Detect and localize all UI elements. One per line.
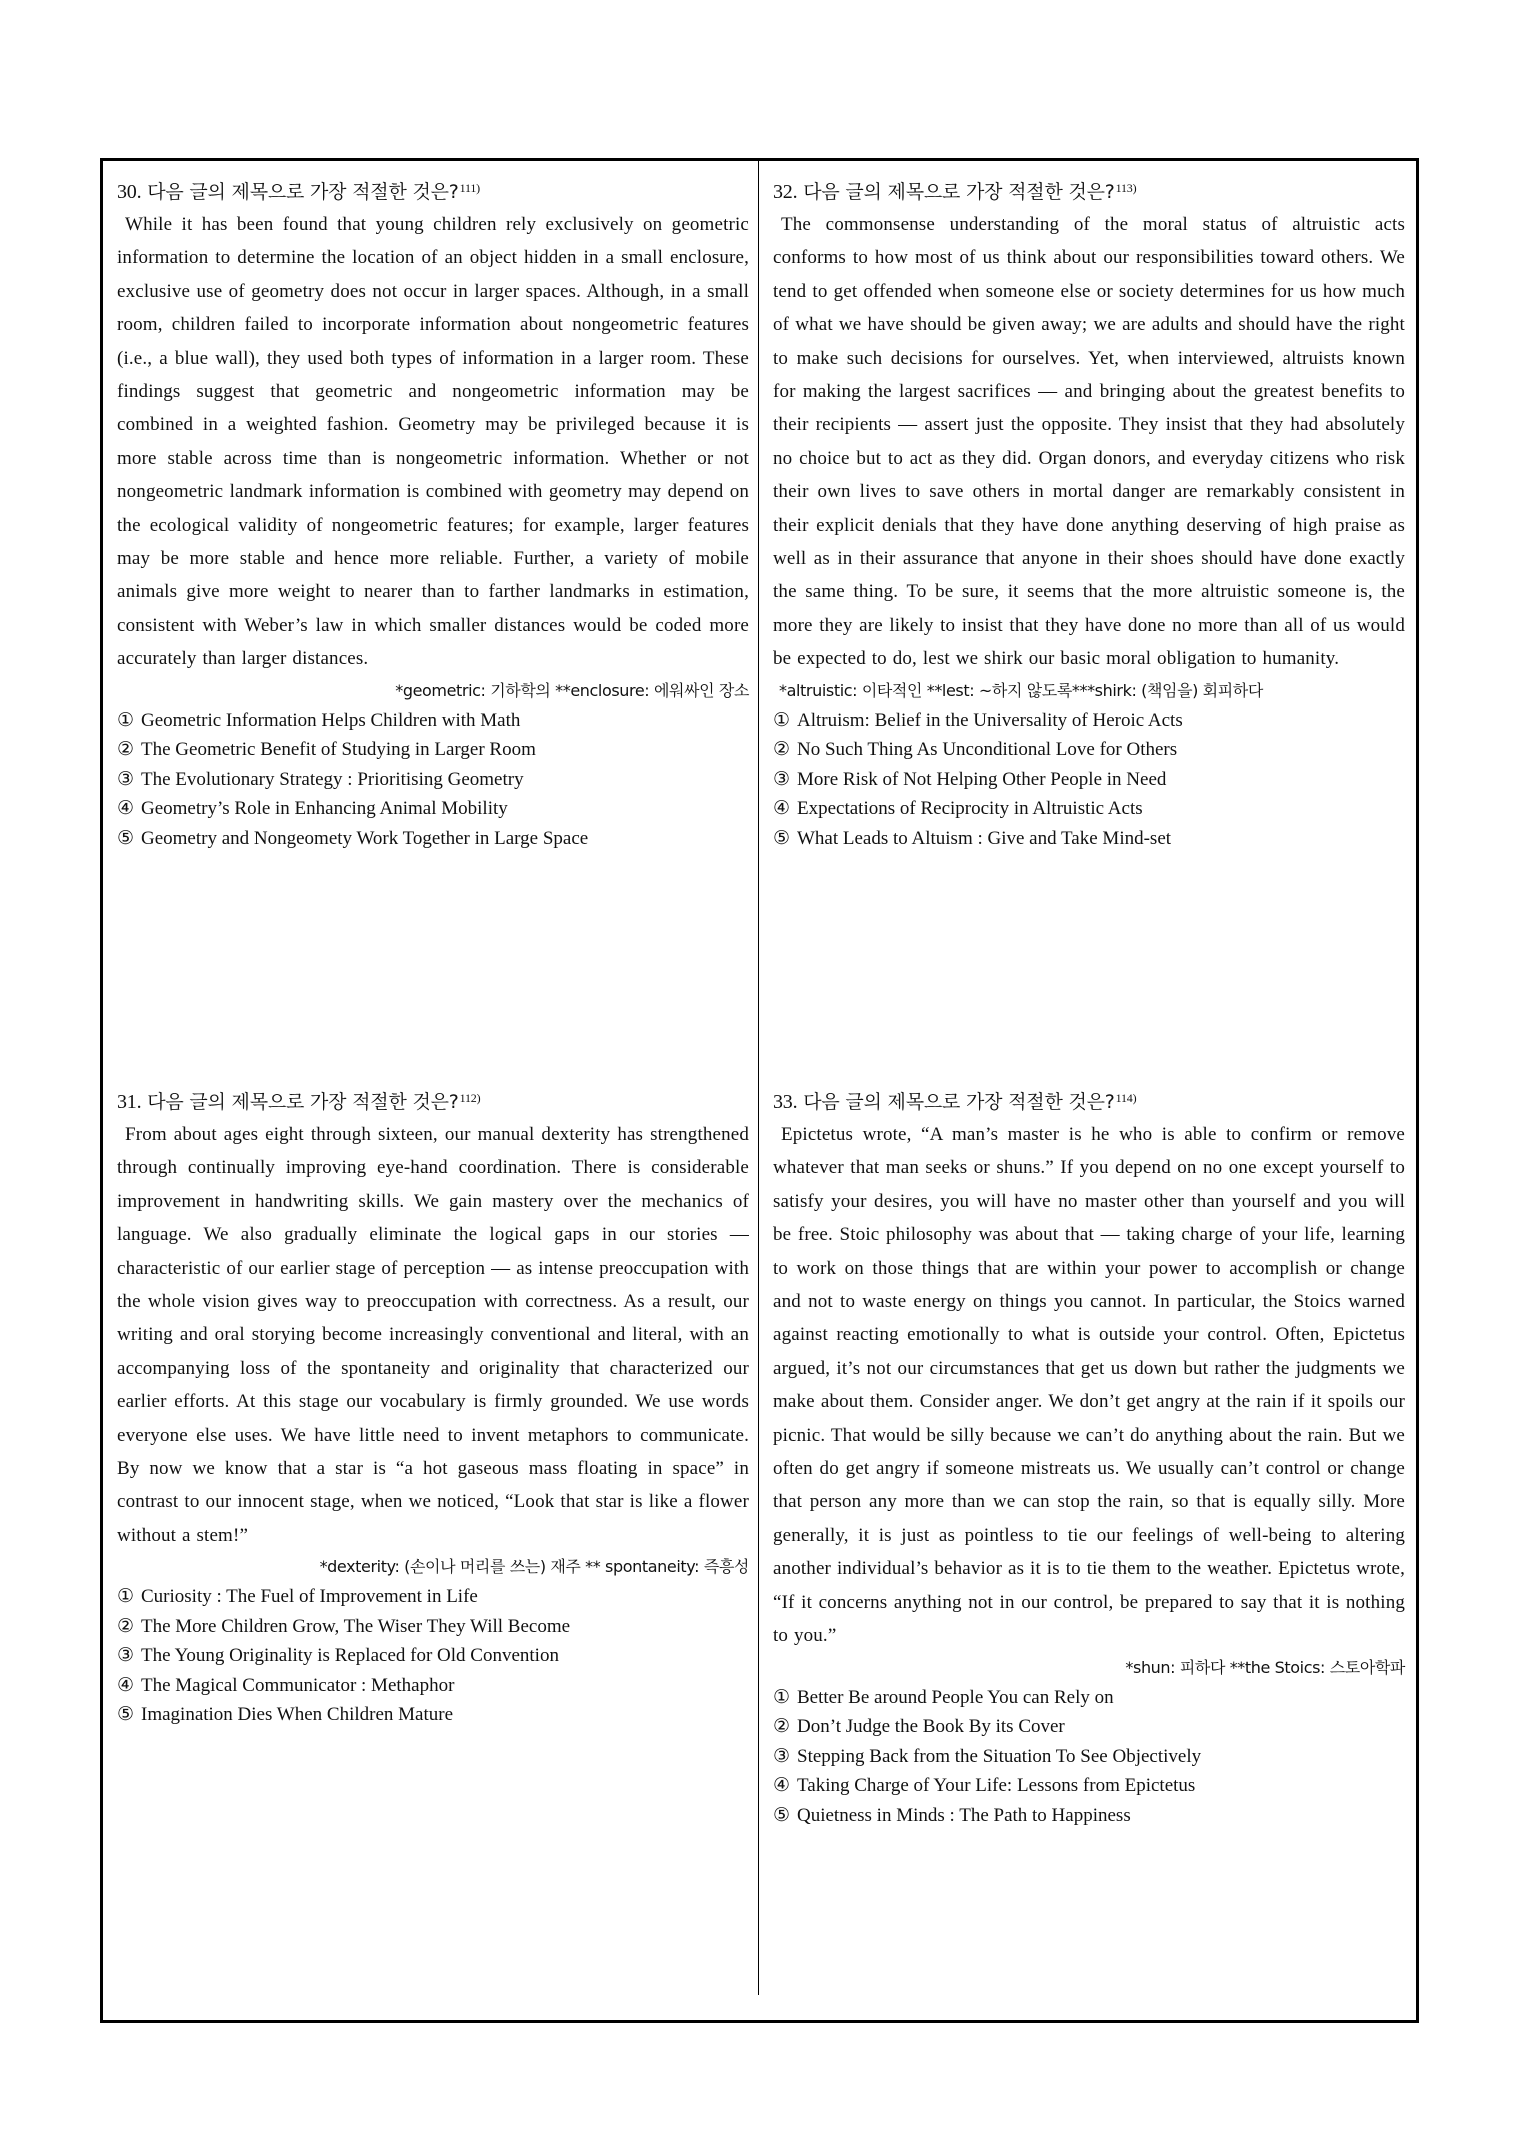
option-number: ④ [117,1671,141,1701]
option-text: What Leads to Altuism : Give and Take Mi… [797,828,1171,849]
answer-option-5[interactable]: ⑤Imagination Dies When Children Mature [117,1700,749,1730]
answer-option-4[interactable]: ④The Magical Communicator : Methaphor [117,1671,749,1701]
answer-option-2[interactable]: ②The More Children Grow, The Wiser They … [117,1612,749,1642]
question-heading: 30. 다음 글의 제목으로 가장 적절한 것은?111) [117,172,749,208]
option-number: ④ [773,794,797,824]
option-text: Curiosity : The Fuel of Improvement in L… [141,1586,478,1607]
footnote-ref: 112) [460,1091,481,1105]
question-30: 30. 다음 글의 제목으로 가장 적절한 것은?111) While it h… [117,172,749,853]
answer-option-5[interactable]: ⑤Geometry and Nongeomety Work Together i… [117,824,749,854]
option-text: Imagination Dies When Children Mature [141,1704,453,1725]
option-text: Geometry and Nongeomety Work Together in… [141,828,588,849]
question-33: 33. 다음 글의 제목으로 가장 적절한 것은?114) Epictetus … [773,1082,1405,1830]
question-heading: 33. 다음 글의 제목으로 가장 적절한 것은?114) [773,1082,1405,1118]
option-number: ① [773,1683,797,1713]
answer-option-3[interactable]: ③The Young Originality is Replaced for O… [117,1641,749,1671]
answer-options: ①Better Be around People You can Rely on… [773,1683,1405,1831]
answer-option-3[interactable]: ③More Risk of Not Helping Other People i… [773,765,1405,795]
option-number: ⑤ [117,824,141,854]
question-heading: 31. 다음 글의 제목으로 가장 적절한 것은?112) [117,1082,749,1118]
option-number: ⑤ [117,1700,141,1730]
answer-option-4[interactable]: ④Expectations of Reciprocity in Altruist… [773,794,1405,824]
question-prompt: 다음 글의 제목으로 가장 적절한 것은? [803,181,1114,203]
answer-option-1[interactable]: ①Curiosity : The Fuel of Improvement in … [117,1582,749,1612]
option-number: ⑤ [773,824,797,854]
footnote-ref: 111) [460,181,480,195]
option-number: ④ [117,794,141,824]
option-text: Better Be around People You can Rely on [797,1687,1114,1708]
question-number: 33. [773,1091,797,1113]
option-number: ③ [773,1742,797,1772]
option-text: No Such Thing As Unconditional Love for … [797,739,1177,760]
option-number: ① [117,1582,141,1612]
question-number: 32. [773,181,797,203]
option-text: The More Children Grow, The Wiser They W… [141,1616,570,1637]
option-text: Geometry’s Role in Enhancing Animal Mobi… [141,798,508,819]
passage-text: Epictetus wrote, “A man’s master is he w… [773,1118,1405,1653]
question-31: 31. 다음 글의 제목으로 가장 적절한 것은?112) From about… [117,1082,749,1730]
option-number: ① [117,706,141,736]
answer-option-5[interactable]: ⑤Quietness in Minds : The Path to Happin… [773,1801,1405,1831]
option-text: Expectations of Reciprocity in Altruisti… [797,798,1143,819]
option-text: Geometric Information Helps Children wit… [141,710,520,731]
answer-option-5[interactable]: ⑤What Leads to Altuism : Give and Take M… [773,824,1405,854]
option-text: More Risk of Not Helping Other People in… [797,769,1166,790]
option-number: ② [773,735,797,765]
option-number: ② [117,735,141,765]
answer-option-1[interactable]: ①Altruism: Belief in the Universality of… [773,706,1405,736]
vocabulary-notes: *geometric: 기하학의 **enclosure: 에워싸인 장소 [117,676,749,706]
option-number: ② [773,1712,797,1742]
option-text: The Young Originality is Replaced for Ol… [141,1645,559,1666]
passage-text: While it has been found that young child… [117,208,749,676]
option-number: ③ [117,765,141,795]
answer-options: ①Geometric Information Helps Children wi… [117,706,749,854]
option-text: Stepping Back from the Situation To See … [797,1746,1201,1767]
footnote-ref: 114) [1116,1091,1137,1105]
passage-text: The commonsense understanding of the mor… [773,208,1405,676]
answer-option-2[interactable]: ②The Geometric Benefit of Studying in La… [117,735,749,765]
question-heading: 32. 다음 글의 제목으로 가장 적절한 것은?113) [773,172,1405,208]
answer-option-1[interactable]: ①Better Be around People You can Rely on [773,1683,1405,1713]
answer-options: ①Curiosity : The Fuel of Improvement in … [117,1582,749,1730]
question-number: 31. [117,1091,141,1113]
option-text: Altruism: Belief in the Universality of … [797,710,1183,731]
option-number: ② [117,1612,141,1642]
column-divider [758,161,759,1995]
option-text: Don’t Judge the Book By its Cover [797,1716,1065,1737]
option-text: The Evolutionary Strategy : Prioritising… [141,769,524,790]
question-prompt: 다음 글의 제목으로 가장 적절한 것은? [147,181,458,203]
answer-option-2[interactable]: ②No Such Thing As Unconditional Love for… [773,735,1405,765]
option-text: The Magical Communicator : Methaphor [141,1675,454,1696]
question-prompt: 다음 글의 제목으로 가장 적절한 것은? [803,1091,1114,1113]
option-number: ③ [773,765,797,795]
answer-option-1[interactable]: ①Geometric Information Helps Children wi… [117,706,749,736]
question-number: 30. [117,181,141,203]
question-32: 32. 다음 글의 제목으로 가장 적절한 것은?113) The common… [773,172,1405,853]
option-number: ④ [773,1771,797,1801]
passage-text: From about ages eight through sixteen, o… [117,1118,749,1552]
option-text: Quietness in Minds : The Path to Happine… [797,1805,1131,1826]
option-number: ⑤ [773,1801,797,1831]
answer-option-3[interactable]: ③The Evolutionary Strategy : Prioritisin… [117,765,749,795]
answer-options: ①Altruism: Belief in the Universality of… [773,706,1405,854]
vocabulary-notes: *altruistic: 이타적인 **lest: ~하지 않도록***shir… [773,676,1405,706]
option-text: Taking Charge of Your Life: Lessons from… [797,1775,1195,1796]
answer-option-2[interactable]: ②Don’t Judge the Book By its Cover [773,1712,1405,1742]
question-prompt: 다음 글의 제목으로 가장 적절한 것은? [147,1091,458,1113]
answer-option-4[interactable]: ④Taking Charge of Your Life: Lessons fro… [773,1771,1405,1801]
option-number: ③ [117,1641,141,1671]
footnote-ref: 113) [1116,181,1137,195]
vocabulary-notes: *shun: 피하다 **the Stoics: 스토아학파 [773,1653,1405,1683]
option-text: The Geometric Benefit of Studying in Lar… [141,739,536,760]
vocabulary-notes: *dexterity: (손이나 머리를 쓰는) 재주 ** spontanei… [117,1552,749,1582]
option-number: ① [773,706,797,736]
answer-option-3[interactable]: ③Stepping Back from the Situation To See… [773,1742,1405,1772]
answer-option-4[interactable]: ④Geometry’s Role in Enhancing Animal Mob… [117,794,749,824]
